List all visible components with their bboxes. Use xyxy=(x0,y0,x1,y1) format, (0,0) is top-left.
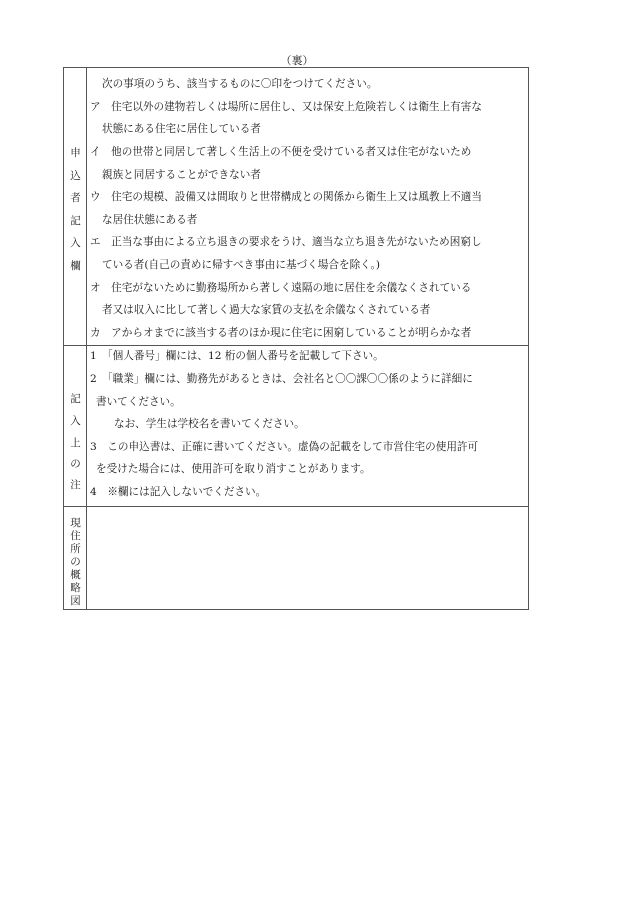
option-a[interactable]: ア 住宅以外の建物若しくは場所に居住し、又は保安上危険若しくは衛生上有害な xyxy=(90,100,482,114)
applicant-section-label: 申 込 者 記 入 欄 xyxy=(64,68,87,345)
notes-section: 記 入 上 の 注 1 「個人番号」欄には、12 桁の個人番号を記載して下さい。… xyxy=(64,346,528,507)
label-char: 略 xyxy=(64,582,87,595)
option-o-cont: 者又は収入に比して著しく過大な家賃の支払を余儀なくされている者 xyxy=(102,303,430,317)
option-a-cont: 状態にある住宅に居住している者 xyxy=(102,122,261,136)
label-char: 現 xyxy=(64,517,87,530)
option-e[interactable]: エ 正当な事由による立ち退きの要求をうけ、適当な立ち退き先がないため困窮し xyxy=(90,235,482,249)
applicant-section-body: 次の事項のうち、該当するものに〇印をつけてください。 ア 住宅以外の建物若しくは… xyxy=(88,68,528,345)
option-u[interactable]: ウ 住宅の規模、設備又は間取りと世帯構成との関係から衛生上又は風教上不適当 xyxy=(90,190,482,204)
label-char: 入 xyxy=(64,413,87,428)
label-char: 記 xyxy=(64,391,87,406)
label-char: 所 xyxy=(64,543,87,556)
location-map-drawing-area[interactable] xyxy=(88,507,528,610)
label-char: の xyxy=(64,556,87,569)
label-char: 欄 xyxy=(64,258,87,273)
option-o[interactable]: オ 住宅がないために勤務場所から著しく遠隔の地に居住を余儀なくされている xyxy=(90,281,471,295)
label-char: の xyxy=(64,456,87,471)
label-char: 者 xyxy=(64,190,87,205)
note-2-student: なお、学生は学校名を書いてください。 xyxy=(114,417,305,431)
option-i-cont: 親族と同居することができない者 xyxy=(102,168,261,182)
option-i[interactable]: イ 他の世帯と同居して著しく生活上の不便を受けている者又は住宅がないため xyxy=(90,145,471,159)
notes-section-body: 1 「個人番号」欄には、12 桁の個人番号を記載して下さい。 2 「職業」欄には… xyxy=(88,346,528,506)
instruction-line: 次の事項のうち、該当するものに〇印をつけてください。 xyxy=(102,77,377,91)
label-char: 込 xyxy=(64,168,87,183)
location-map-section: 現 住 所 の 概 略 図 xyxy=(64,507,528,610)
note-4: 4 ※欄には記入しないでください。 xyxy=(90,485,266,499)
label-char: 注 xyxy=(64,477,87,492)
note-2: 2 「職業」欄には、勤務先があるときは、会社名と〇〇課〇〇係のように詳細に xyxy=(90,372,473,386)
label-char: 住 xyxy=(64,530,87,543)
note-1: 1 「個人番号」欄には、12 桁の個人番号を記載して下さい。 xyxy=(90,349,384,363)
option-ka[interactable]: カ アからオまでに該当する者のほか現に住宅に困窮していることが明らかな者 xyxy=(90,326,471,340)
label-char: 記 xyxy=(64,213,87,228)
label-char: 概 xyxy=(64,569,87,582)
note-3: 3 この申込書は、正確に書いてください。虚偽の記載をして市営住宅の使用許可 xyxy=(90,440,478,454)
application-form-table: 申 込 者 記 入 欄 次の事項のうち、該当するものに〇印をつけてください。 ア… xyxy=(63,67,529,610)
option-e-cont: ている者(自己の責めに帰すべき事由に基づく場合を除く。) xyxy=(102,258,380,272)
label-char: 図 xyxy=(64,595,87,608)
label-char: 申 xyxy=(64,145,87,160)
label-char: 入 xyxy=(64,235,87,250)
page-title: （裏） xyxy=(0,52,594,68)
applicant-section: 申 込 者 記 入 欄 次の事項のうち、該当するものに〇印をつけてください。 ア… xyxy=(64,68,528,346)
label-char: 上 xyxy=(64,435,87,450)
notes-section-label: 記 入 上 の 注 xyxy=(64,346,87,506)
note-2-cont: 書いてください。 xyxy=(96,395,181,409)
option-u-cont: な居住状態にある者 xyxy=(102,213,197,227)
note-3-cont: を受けた場合には、使用許可を取り消すことがあります。 xyxy=(96,462,371,476)
location-map-label: 現 住 所 の 概 略 図 xyxy=(64,507,87,610)
